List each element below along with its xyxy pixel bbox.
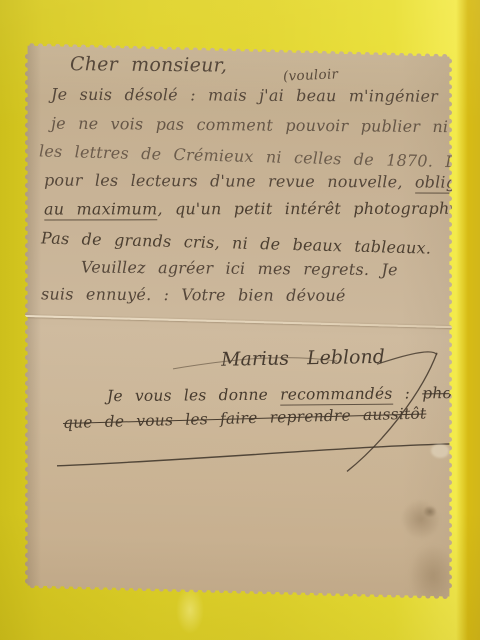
handwriting-line: les lettres de Crémieux ni celles de 187… xyxy=(39,141,480,173)
handwriting-line: Pas de grands cris, ni de beaux tableaux… xyxy=(41,228,431,257)
handwriting-segment: Je vous les donne xyxy=(107,386,281,406)
letter-lines: Cher monsieur,Je suis désolé : mais j'ai… xyxy=(25,43,452,54)
handwriting-segment: Cher monsieur, xyxy=(70,53,227,76)
handwriting-segment: : xyxy=(392,384,422,402)
handwriting-segment: Pas de grands cris, ni de beaux tableaux… xyxy=(41,228,431,257)
handwriting-line: Je vous les donne recommandés : photos xyxy=(107,384,477,405)
handwriting-line: Je suis désolé : mais j'ai beau m'ingéni… xyxy=(51,85,438,106)
handwriting-line: pour les lecteurs d'une revue nouvelle, … xyxy=(44,170,476,191)
handwriting-line: je ne vois pas comment pouvoir publier n… xyxy=(51,114,449,136)
handwriting-segment: au maximum xyxy=(44,199,158,220)
fold-crease xyxy=(25,315,452,328)
handwriting-segment: , qu'un petit intérêt photographique xyxy=(157,199,480,219)
card-stain xyxy=(423,505,437,517)
photo-background: Cher monsieur,Je suis désolé : mais j'ai… xyxy=(0,0,480,640)
card-stain xyxy=(409,543,457,608)
handwriting-segment: je ne vois pas comment pouvoir publier n… xyxy=(51,114,449,136)
handwriting-line: suis ennuyé. : Votre bien dévoué xyxy=(41,284,346,305)
handwriting-segment: suis ennuyé. : Votre bien dévoué xyxy=(41,284,346,305)
handwriting-segment: Je suis désolé : mais j'ai beau m'ingéni… xyxy=(51,85,438,106)
postscript-block: Je vous les donne recommandés : photosqu… xyxy=(55,384,475,490)
handwriting-segment: obligée xyxy=(415,172,476,193)
handwriting-segment: recommandés xyxy=(280,385,393,406)
handwriting-segment: Veuillez agréer ici mes regrets. Je xyxy=(81,257,398,279)
letter-card: Cher monsieur,Je suis désolé : mais j'ai… xyxy=(25,43,452,599)
signature-name: Marius Leblond xyxy=(221,346,386,371)
handwriting-segment: les lettres de Crémieux ni celles de 187… xyxy=(39,141,480,173)
handwriting-line: Veuillez agréer ici mes regrets. Je xyxy=(81,257,398,279)
card-stain xyxy=(401,499,441,540)
handwriting-segment: pour les lecteurs d'une revue nouvelle, xyxy=(44,170,415,191)
inserted-word: (vouloir xyxy=(283,66,339,84)
handwriting-line: au maximum, qu'un petit intérêt photogra… xyxy=(44,199,480,219)
handwriting-line: Cher monsieur, xyxy=(70,53,227,76)
background-light-streak xyxy=(176,586,204,634)
handwriting-segment: photos xyxy=(422,384,477,402)
